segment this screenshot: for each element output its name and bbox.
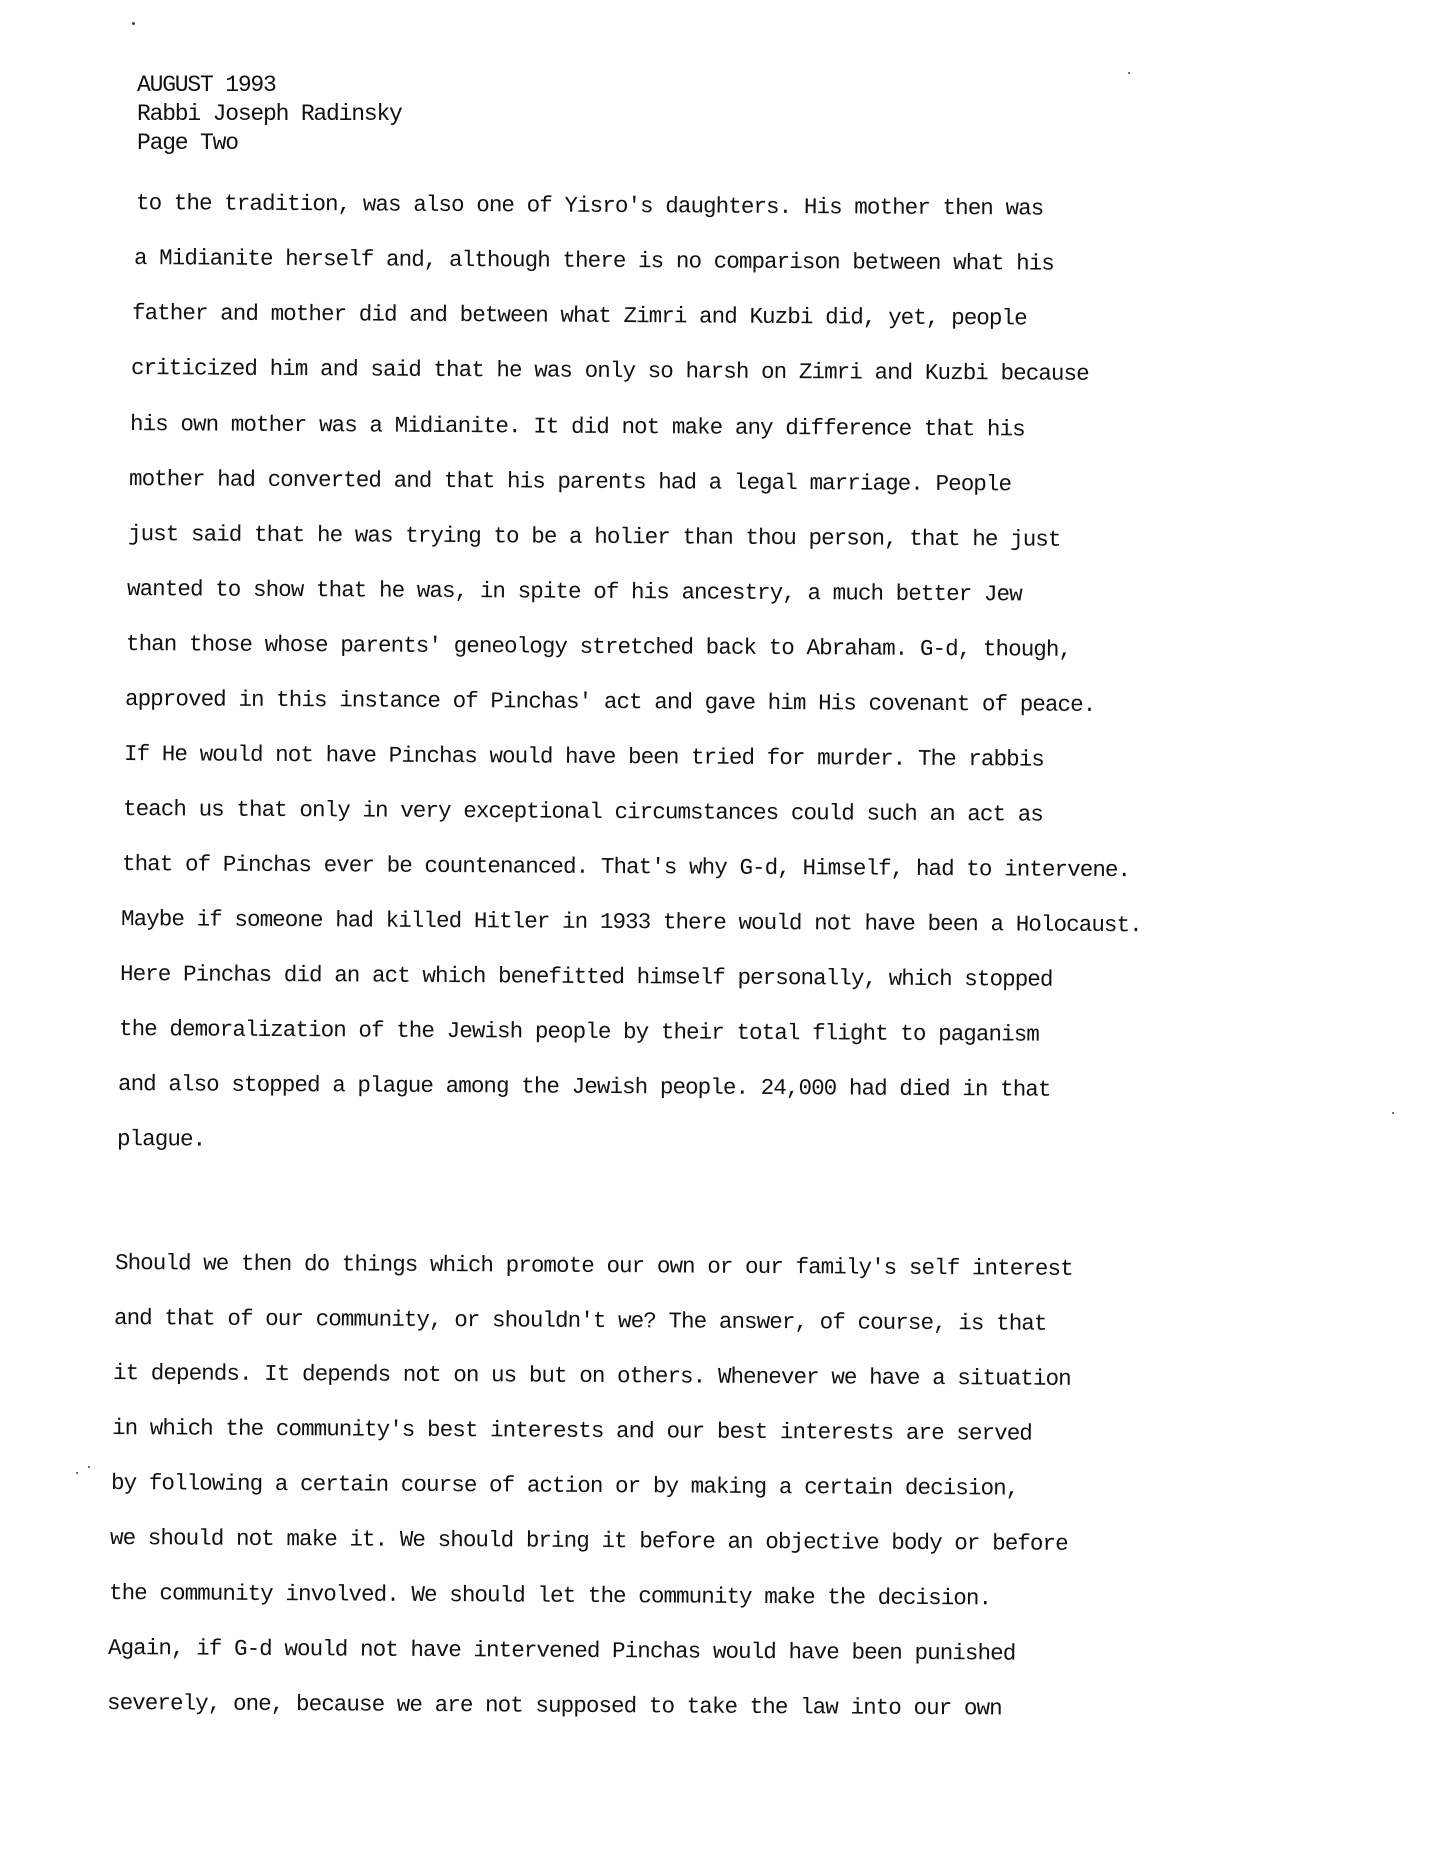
document-page: AUGUST 1993 Rabbi Joseph Radinsky Page T…: [0, 0, 1430, 1851]
text-line: to the tradition, was also one of Yisro'…: [136, 190, 1044, 222]
text-line: than those whose parents' geneology stre…: [126, 631, 1071, 663]
text-line: a Midianite herself and, although there …: [134, 245, 1054, 277]
text-line: approved in this instance of Pinchas' ac…: [125, 686, 1096, 718]
text-line: in which the community's best interests …: [112, 1415, 1032, 1447]
text-line: it depends. It depends not on us but on …: [113, 1360, 1071, 1392]
header-author: Rabbi Joseph Radinsky: [137, 101, 402, 127]
header-date: AUGUST 1993: [137, 72, 276, 98]
text-line: mother had converted and that his parent…: [129, 466, 1011, 497]
text-line: that of Pinchas ever be countenanced. Th…: [122, 851, 1130, 883]
scan-speck: [1128, 72, 1130, 74]
text-line: his own mother was a Midianite. It did n…: [130, 411, 1025, 442]
text-line: Should we then do things which promote o…: [115, 1250, 1073, 1282]
text-line: and also stopped a plague among the Jewi…: [118, 1071, 1051, 1103]
text-line: Maybe if someone had killed Hitler in 19…: [121, 906, 1142, 938]
scan-speck: [132, 22, 135, 25]
text-line: the community involved. We should let th…: [109, 1580, 991, 1611]
scan-speck: [1392, 1112, 1394, 1114]
scan-speck: [76, 1472, 78, 1474]
text-line: severely, one, because we are not suppos…: [107, 1690, 1002, 1721]
text-line: we should not make it. We should bring i…: [110, 1525, 1068, 1557]
scan-speck: [88, 1466, 90, 1468]
text-line: and that of our community, or shouldn't …: [114, 1305, 1047, 1337]
text-line: If He would not have Pinchas would have …: [124, 741, 1044, 773]
text-line: criticized him and said that he was only…: [131, 355, 1089, 387]
text-line: by following a certain course of action …: [111, 1470, 1019, 1502]
text-line: just said that he was trying to be a hol…: [128, 521, 1061, 553]
text-line: Here Pinchas did an act which benefitted…: [120, 961, 1053, 993]
text-line: plague.: [117, 1126, 205, 1153]
header-page: Page Two: [137, 130, 238, 156]
text-line: father and mother did and between what Z…: [132, 300, 1027, 331]
text-line: wanted to show that he was, in spite of …: [127, 576, 1022, 607]
text-line: Again, if G-d would not have intervened …: [108, 1635, 1016, 1667]
text-line: the demoralization of the Jewish people …: [119, 1016, 1039, 1048]
text-line: teach us that only in very exceptional c…: [123, 796, 1043, 828]
